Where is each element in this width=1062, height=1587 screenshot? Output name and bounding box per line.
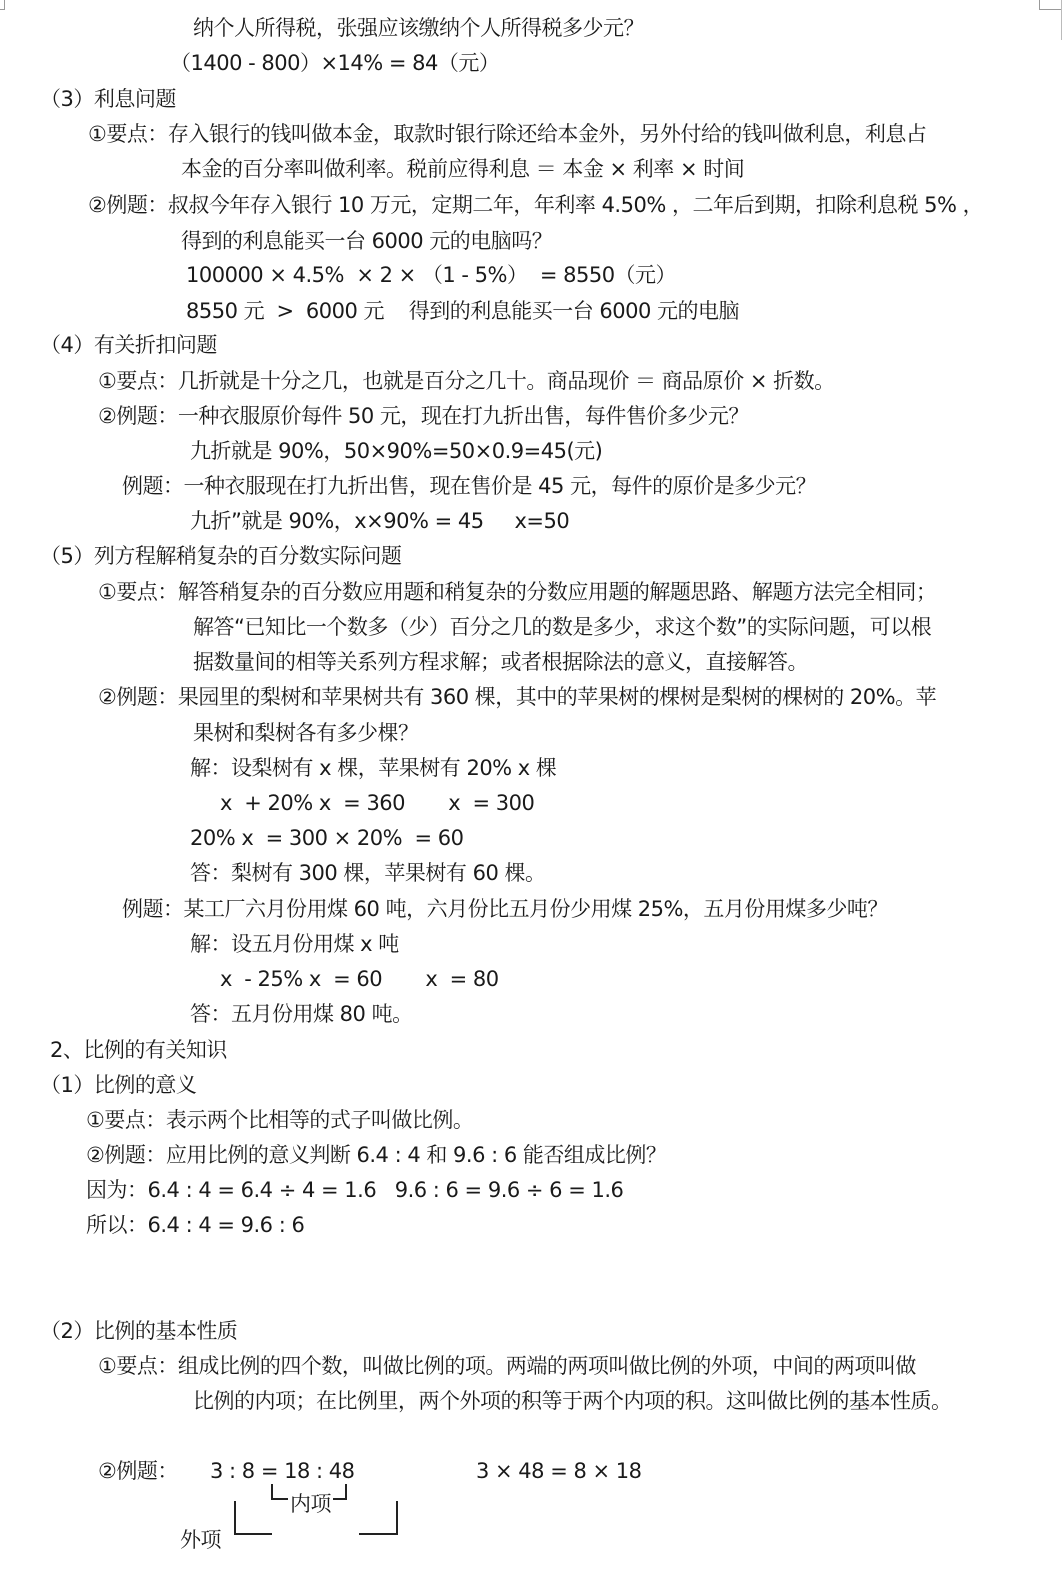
- outer-terms-label: 外项: [180, 1527, 221, 1553]
- text-line: 答：梨树有 300 棵，苹果树有 60 棵。: [190, 860, 546, 886]
- text-line: 答：五月份用煤 80 吨。: [190, 1001, 413, 1027]
- text-line: ①要点：表示两个比相等的式子叫做比例。: [86, 1107, 473, 1133]
- outer-terms-bracket-right: [359, 1501, 398, 1535]
- text-line: 本金的百分率叫做利率。税前应得利息 ＝ 本金 × 利率 × 时间: [181, 156, 744, 182]
- text-line: 纳个人所得税，张强应该缴纳个人所得税多少元？: [193, 15, 644, 41]
- text-line: 例题：某工厂六月份用煤 60 吨，六月份比五月份少用煤 25%，五月份用煤多少吨…: [122, 896, 888, 922]
- text-line: 解：设梨树有 x 棵，苹果树有 20% x 棵: [190, 755, 556, 781]
- text-line: ②例题：应用比例的意义判断 6.4 : 4 和 9.6 : 6 能否组成比例？: [86, 1142, 666, 1168]
- text-line: 8550 元 > 6000 元 得到的利息能买一台 6000 元的电脑: [186, 298, 739, 324]
- text-line: 据数量间的相等关系列方程求解；或者根据除法的意义，直接解答。: [193, 649, 808, 675]
- text-line: 2、比例的有关知识: [50, 1037, 227, 1063]
- text-line: （1400 - 800）×14% = 84（元）: [170, 50, 499, 76]
- text-line: ①要点：解答稍复杂的百分数应用题和稍复杂的分数应用题的解题思路、解题方法完全相同…: [98, 579, 936, 605]
- text-line: 果树和梨树各有多少棵？: [193, 720, 419, 746]
- text-line: 3 : 8 = 18 : 48: [210, 1458, 354, 1484]
- inner-terms-label: 内项: [288, 1491, 333, 1517]
- text-line: ②例题：叔叔今年存入银行 10 万元，定期二年，年利率 4.50% ，二年后到期…: [88, 192, 983, 218]
- text-line: ②例题：一种衣服原价每件 50 元，现在打九折出售，每件售价多少元？: [98, 403, 749, 429]
- text-line: 解答“已知比一个数多（少）百分之几的数是多少，求这个数”的实际问题，可以根: [193, 614, 931, 640]
- text-line: （3）利息问题: [40, 86, 176, 112]
- text-line: ②例题：果园里的梨树和苹果树共有 360 棵，其中的苹果树的棵树是梨树的棵树的 …: [98, 684, 936, 710]
- text-line: 九折”就是 90%，x×90% = 45 x=50: [190, 508, 569, 534]
- text-line: 解：设五月份用煤 x 吨: [190, 931, 399, 957]
- text-line: 例题：一种衣服现在打九折出售，现在售价是 45 元，每件的原价是多少元？: [122, 473, 816, 499]
- text-line: ①要点：几折就是十分之几，也就是百分之几十。商品现价 ＝ 商品原价 × 折数。: [98, 368, 835, 394]
- text-line: （2）比例的基本性质: [40, 1318, 237, 1344]
- text-line: 所以：6.4 : 4 = 9.6 : 6: [86, 1212, 304, 1238]
- text-line: （4）有关折扣问题: [40, 332, 217, 358]
- page-corner-mark-left: [0, 0, 5, 10]
- text-line: 得到的利息能买一台 6000 元的电脑吗？: [181, 228, 552, 254]
- text-line: x + 20% x = 360 x = 300: [220, 790, 534, 816]
- text-line: 100000 × 4.5% × 2 × （1 - 5%） = 8550（元）: [186, 262, 676, 288]
- text-line: （5）列方程解稍复杂的百分数实际问题: [40, 543, 401, 569]
- text-line: ②例题：: [98, 1458, 178, 1484]
- text-line: ①要点：存入银行的钱叫做本金，取款时银行除还给本金外，另外付给的钱叫做利息，利息…: [88, 121, 926, 147]
- text-line: 比例的内项；在比例里，两个外项的积等于两个内项的积。这叫做比例的基本性质。: [193, 1388, 952, 1414]
- text-line: 3 × 48 = 8 × 18: [476, 1458, 642, 1484]
- page-corner-mark-right: [1039, 0, 1062, 10]
- outer-terms-bracket-left: [234, 1501, 272, 1535]
- text-line: ①要点：组成比例的四个数，叫做比例的项。两端的两项叫做比例的外项，中间的两项叫做: [98, 1353, 916, 1379]
- text-line: （1）比例的意义: [40, 1072, 196, 1098]
- text-line: 因为：6.4 : 4 = 6.4 ÷ 4 = 1.6 9.6 : 6 = 9.6…: [86, 1177, 623, 1203]
- text-line: 九折就是 90%，50×90%=50×0.9=45(元): [190, 438, 602, 464]
- text-line: x - 25% x = 60 x = 80: [220, 966, 499, 992]
- text-line: 20% x = 300 × 20% = 60: [190, 825, 463, 851]
